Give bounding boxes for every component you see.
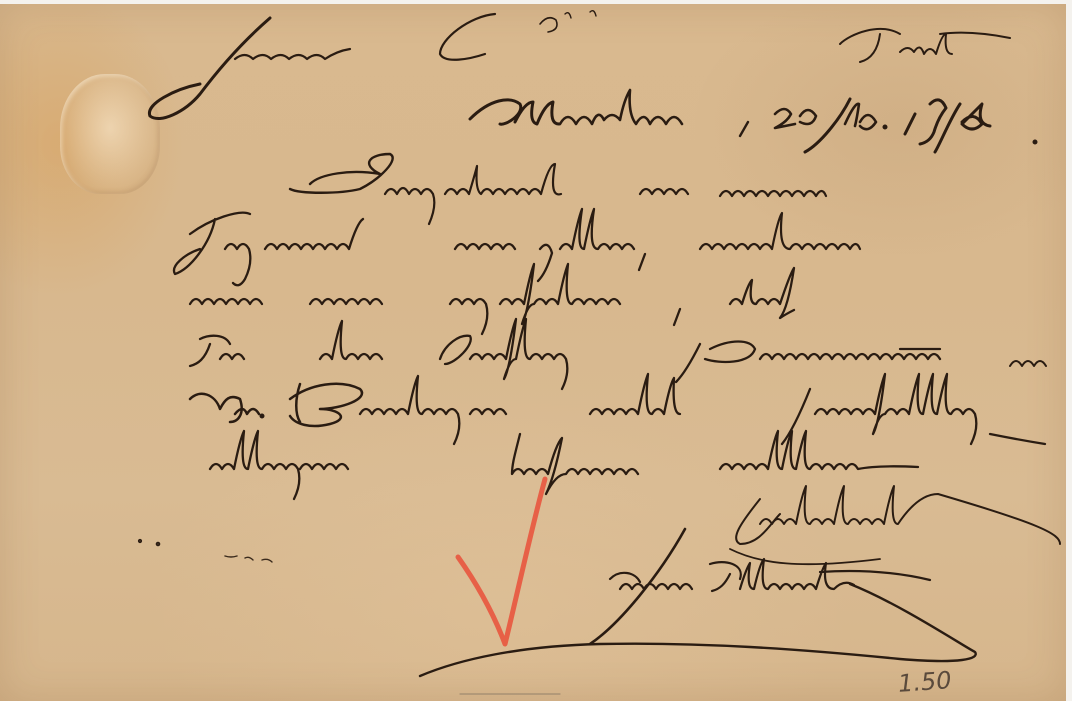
postcard: Herrn C. ... Triest München, 20/10. 1876… xyxy=(0,4,1066,701)
red-check-label: ✓ xyxy=(0,4,1,5)
red-check-mark xyxy=(458,479,545,644)
pencil-price: 1.50 xyxy=(897,666,952,698)
handwriting-strokes xyxy=(0,4,1072,701)
